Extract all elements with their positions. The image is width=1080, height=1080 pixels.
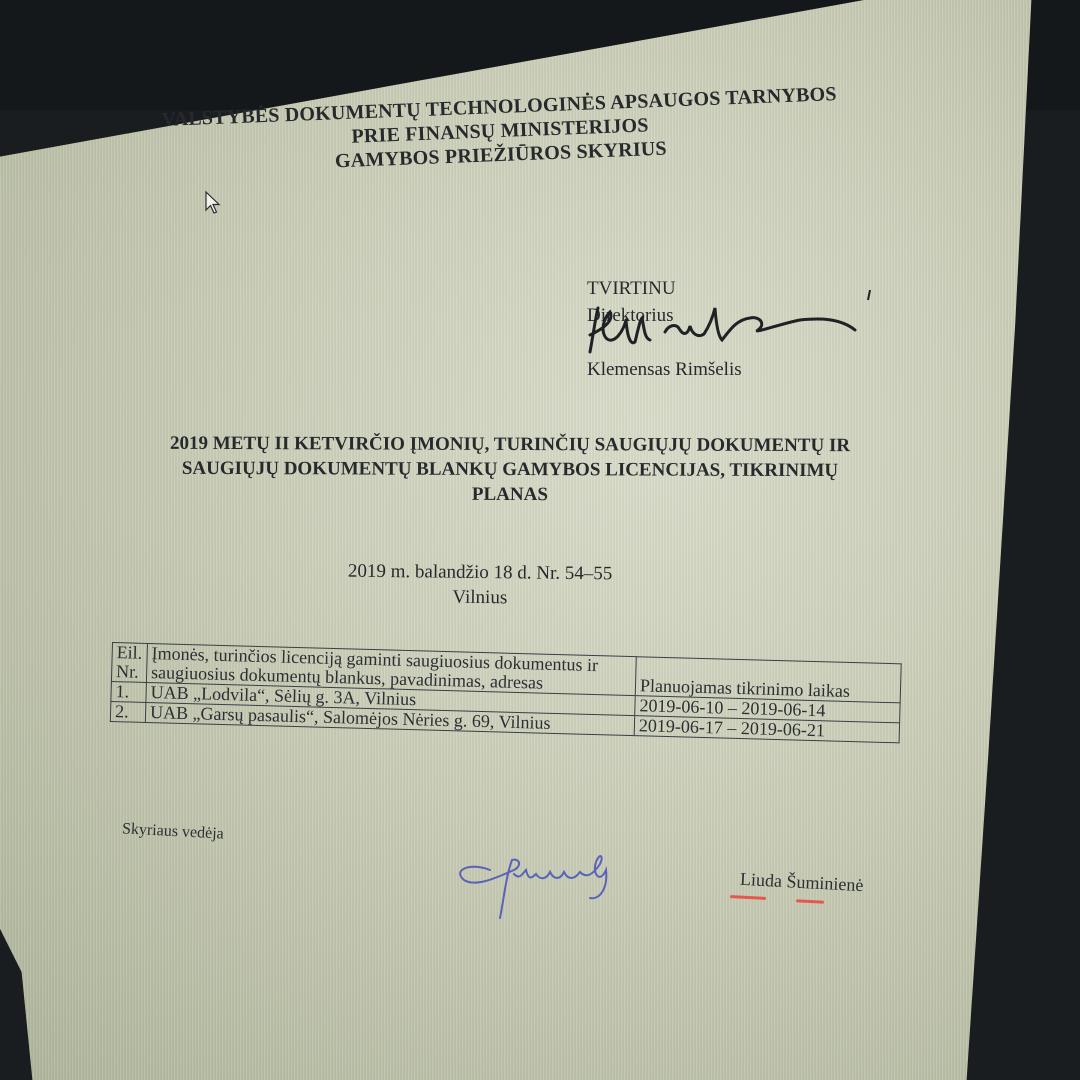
document-content: VALSTYBĖS DOKUMENTŲ TECHNOLOGINĖS APSAUG… — [0, 0, 1080, 1080]
signatory-name: Liuda Šuminienė — [740, 869, 864, 896]
mouse-pointer-icon — [204, 190, 222, 216]
inspection-plan-table: Eil. Nr. Įmonės, turinčios licenciją gam… — [110, 642, 902, 743]
spellcheck-underline — [796, 899, 824, 903]
title-line-2: SAUGIŲJŲ DOKUMENTŲ BLANKŲ GAMYBOS LICENC… — [120, 456, 900, 484]
document-date-number: 2019 m. balandžio 18 d. Nr. 54–55 — [300, 558, 660, 587]
director-signature — [580, 290, 880, 360]
row-number: 2. — [110, 701, 146, 722]
spellcheck-underline — [730, 895, 766, 900]
signatory-role: Skyriaus vedėja — [122, 820, 225, 843]
title-line-1: 2019 METŲ II KETVIRČIO ĮMONIŲ, TURINČIŲ … — [120, 431, 900, 459]
date-and-place: 2019 m. balandžio 18 d. Nr. 54–55 Vilniu… — [300, 558, 661, 612]
head-signature — [450, 840, 640, 920]
title-line-3: PLANAS — [120, 481, 900, 509]
institution-header: VALSTYBĖS DOKUMENTŲ TECHNOLOGINĖS APSAUG… — [129, 81, 871, 181]
row-number: 1. — [111, 681, 147, 702]
col-header-number: Eil. Nr. — [111, 643, 147, 683]
document-place: Vilnius — [300, 583, 660, 612]
document-title: 2019 METŲ II KETVIRČIO ĮMONIŲ, TURINČIŲ … — [120, 431, 900, 509]
photo-stage: VALSTYBĖS DOKUMENTŲ TECHNOLOGINĖS APSAUG… — [0, 0, 1080, 1080]
approver-name: Klemensas Rimšelis — [587, 356, 742, 383]
